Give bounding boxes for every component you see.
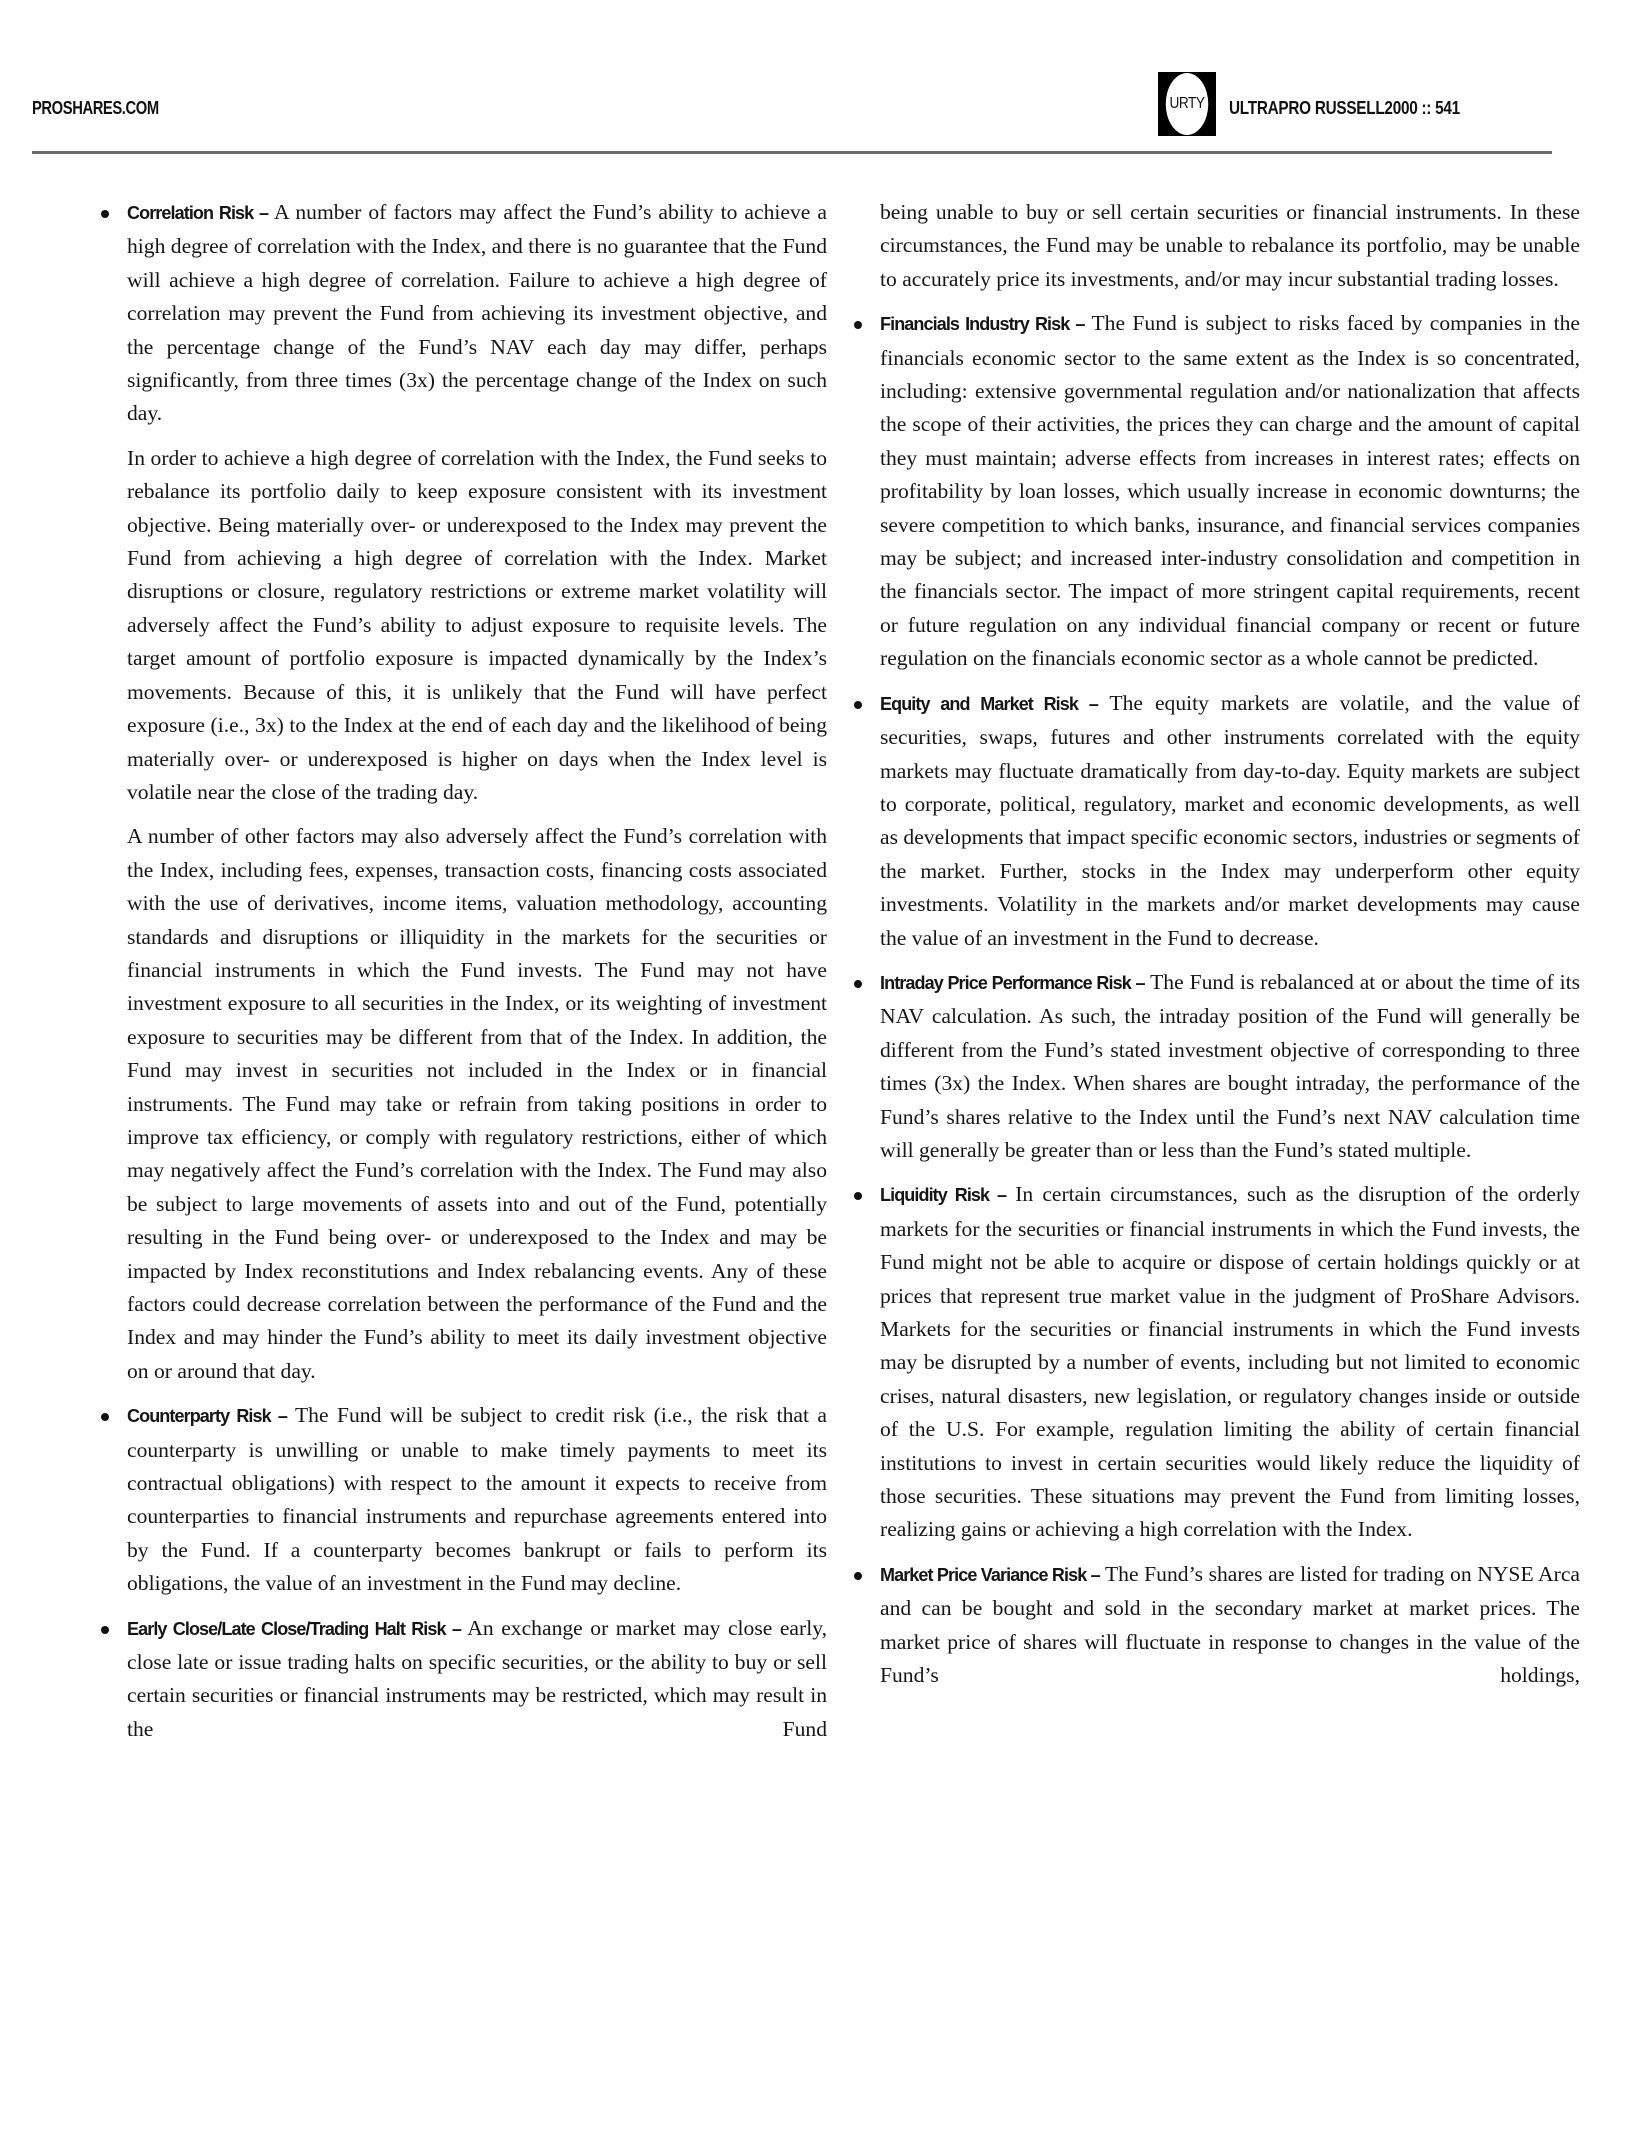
risk-text: The Fund is rebalanced at or about the t… <box>880 970 1580 1162</box>
right-column: being unable to buy or sell certain secu… <box>880 196 1580 1703</box>
risk-item-financials: Financials Industry Risk – The Fund is s… <box>880 307 1580 675</box>
risk-paragraph: being unable to buy or sell certain secu… <box>880 196 1580 296</box>
risk-text: The equity markets are volatile, and the… <box>880 691 1580 950</box>
header-divider <box>32 151 1552 154</box>
risk-paragraph: A number of other factors may also adver… <box>127 820 827 1388</box>
risk-term: Market Price Variance Risk – <box>880 1565 1100 1585</box>
risk-paragraph: Early Close/Late Close/Trading Halt Risk… <box>127 1612 827 1747</box>
fund-title-page-number: ULTRAPRO RUSSELL2000 :: 541 <box>1229 98 1460 119</box>
risk-item-intraday: Intraday Price Performance Risk – The Fu… <box>880 966 1580 1167</box>
risk-paragraph: Counterparty Risk – The Fund will be sub… <box>127 1399 827 1600</box>
risk-text: In certain circumstances, such as the di… <box>880 1182 1580 1541</box>
risk-text: A number of factors may affect the Fund’… <box>127 200 827 425</box>
risk-item-counterparty: Counterparty Risk – The Fund will be sub… <box>127 1399 827 1600</box>
risk-term: Counterparty Risk – <box>127 1406 287 1426</box>
risk-paragraph: In order to achieve a high degree of cor… <box>127 442 827 809</box>
ticker-badge: URTY <box>1158 72 1216 136</box>
bullet-icon <box>101 1626 109 1634</box>
bullet-icon <box>854 1572 862 1580</box>
risk-term: Intraday Price Performance Risk – <box>880 973 1145 993</box>
risk-text: The Fund will be subject to credit risk … <box>127 1403 827 1595</box>
risk-term: Liquidity Risk – <box>880 1185 1006 1205</box>
risk-item-early-close-continued: being unable to buy or sell certain secu… <box>880 196 1580 296</box>
risk-paragraph: Equity and Market Risk – The equity mark… <box>880 687 1580 955</box>
bullet-icon <box>101 210 109 218</box>
bullet-icon <box>101 1413 109 1421</box>
bullet-icon <box>854 1192 862 1200</box>
bullet-icon <box>854 980 862 988</box>
risk-text: The Fund is subject to risks faced by co… <box>880 311 1580 670</box>
risk-term: Financials Industry Risk – <box>880 314 1085 334</box>
bullet-icon <box>854 701 862 709</box>
bullet-icon <box>854 321 862 329</box>
risk-item-market-price-variance: Market Price Variance Risk – The Fund’s … <box>880 1558 1580 1693</box>
risk-term: Early Close/Late Close/Trading Halt Risk… <box>127 1619 461 1639</box>
left-column: Correlation Risk – A number of factors m… <box>127 196 827 1757</box>
risk-paragraph: Correlation Risk – A number of factors m… <box>127 196 827 431</box>
ticker-badge-label: URTY <box>1166 73 1209 135</box>
risk-item-correlation: Correlation Risk – A number of factors m… <box>127 196 827 1388</box>
risk-paragraph: Market Price Variance Risk – The Fund’s … <box>880 1558 1580 1693</box>
risk-paragraph: Intraday Price Performance Risk – The Fu… <box>880 966 1580 1167</box>
risk-term: Correlation Risk – <box>127 203 268 223</box>
risk-paragraph: Liquidity Risk – In certain circumstance… <box>880 1178 1580 1546</box>
risk-paragraph: Financials Industry Risk – The Fund is s… <box>880 307 1580 675</box>
risk-item-liquidity: Liquidity Risk – In certain circumstance… <box>880 1178 1580 1546</box>
risk-item-equity-market: Equity and Market Risk – The equity mark… <box>880 687 1580 955</box>
page-header: PROSHARES.COM URTY ULTRAPRO RUSSELL2000 … <box>32 70 1552 152</box>
risk-item-early-close: Early Close/Late Close/Trading Halt Risk… <box>127 1612 827 1747</box>
risk-term: Equity and Market Risk – <box>880 694 1098 714</box>
site-name: PROSHARES.COM <box>32 98 159 119</box>
